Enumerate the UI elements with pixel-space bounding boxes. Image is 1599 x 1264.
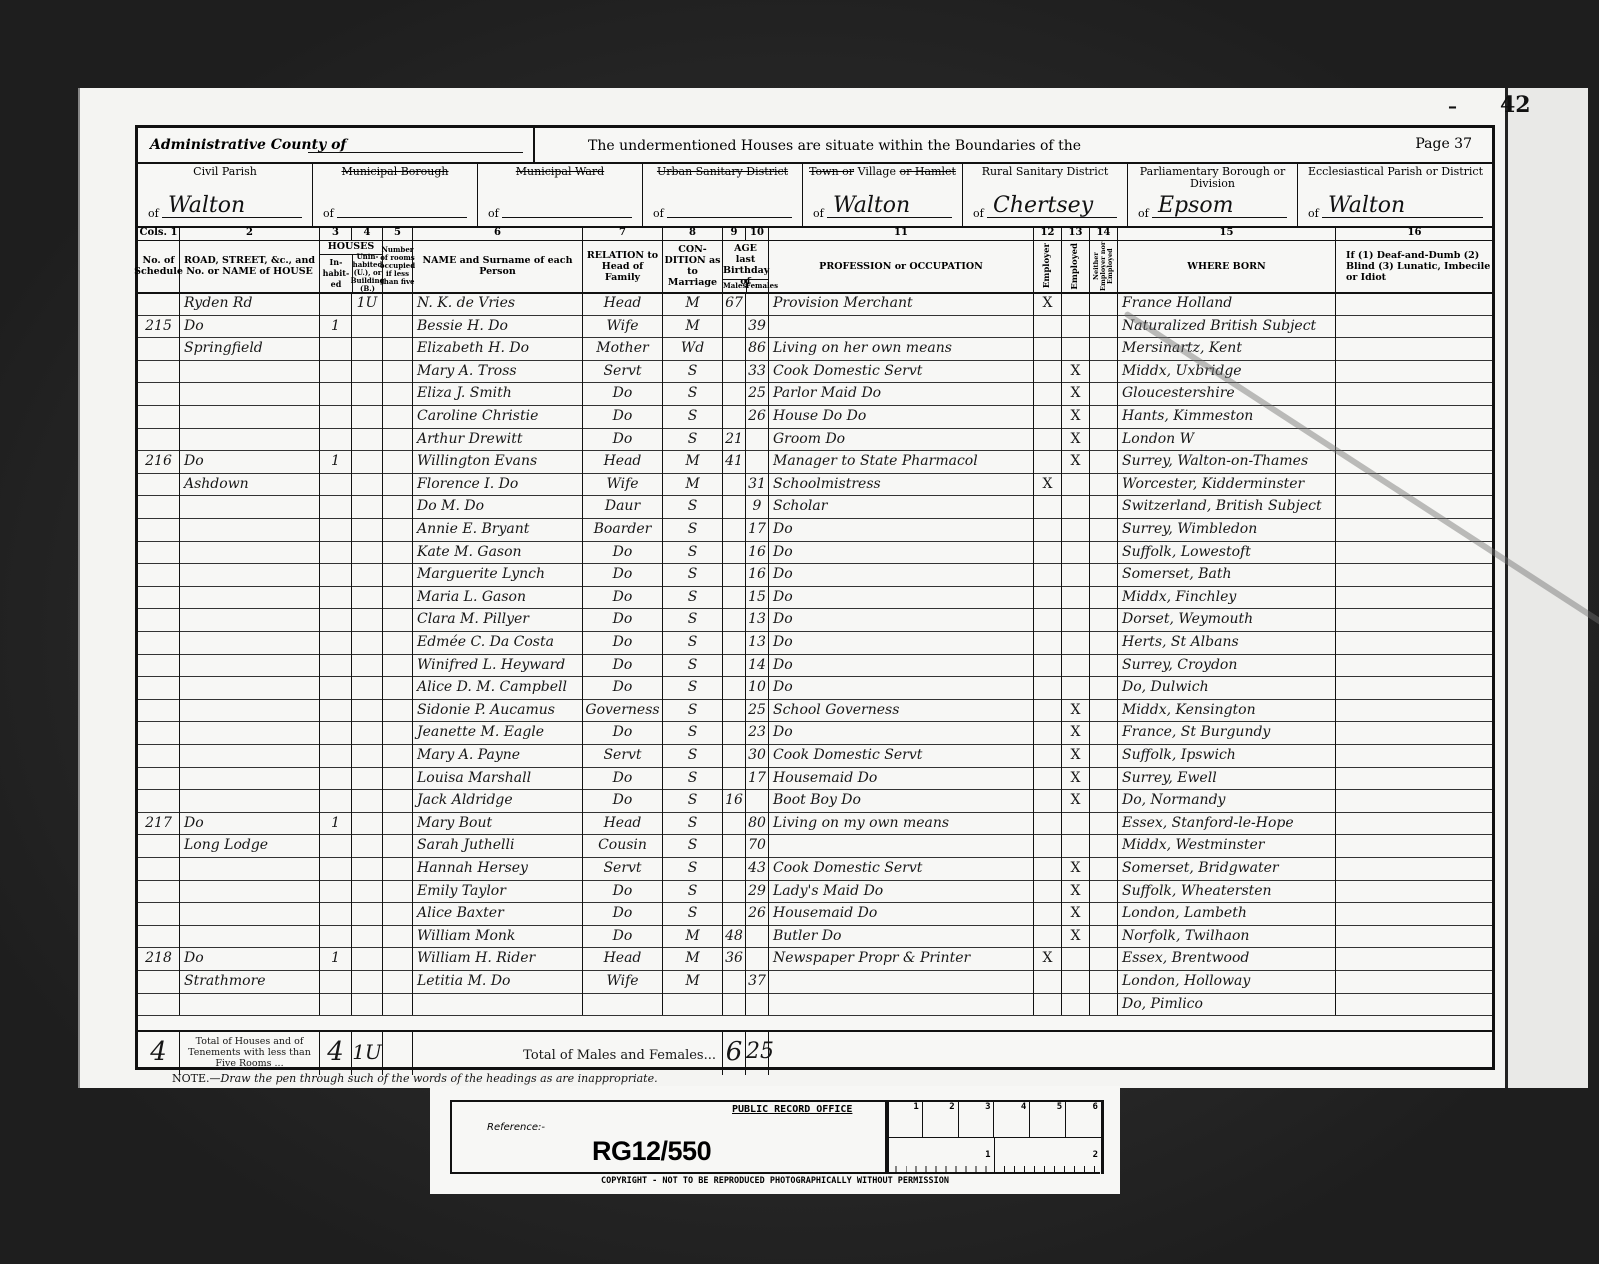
- cell-employed: [1062, 608, 1090, 631]
- cell-neither: [1090, 993, 1118, 1016]
- cell-infirmity: [1336, 382, 1493, 405]
- cell-road: [180, 428, 320, 451]
- cell-name: Bessie H. Do: [413, 315, 583, 338]
- total-males-females-label: Total of Males and Females...: [523, 1044, 716, 1068]
- cell-infirmity: [1336, 631, 1493, 654]
- cell-uninhabited: [352, 789, 383, 812]
- table-row: 218Do1William H. RiderHeadM36Newspaper P…: [138, 947, 1492, 971]
- cell-name: Willington Evans: [413, 450, 583, 473]
- cell-occupation: Living on her own means: [769, 337, 1034, 360]
- cell-name: Kate M. Gason: [413, 541, 583, 564]
- cell-born: Surrey, Croydon: [1118, 654, 1336, 677]
- table-row: Annie E. BryantBoarderS17DoSurrey, Wimbl…: [138, 518, 1492, 542]
- cell-employed: [1062, 518, 1090, 541]
- rural-sanitary-value: Chertsey: [993, 193, 1093, 218]
- cell-employer: [1034, 608, 1062, 631]
- cell-employer: X: [1034, 292, 1062, 315]
- cell-rooms: [383, 902, 413, 925]
- cell-occupation: [769, 834, 1034, 857]
- cell-rooms: [383, 518, 413, 541]
- cell-schedule: [138, 676, 180, 699]
- cell-rooms: [383, 563, 413, 586]
- admin-county-box: Administrative County of: [138, 128, 535, 162]
- cell-road: [180, 902, 320, 925]
- cell-condition: S: [663, 789, 723, 812]
- cell-condition: S: [663, 857, 723, 880]
- cell-occupation: Cook Domestic Servt: [769, 360, 1034, 383]
- cell-schedule: [138, 541, 180, 564]
- cell-infirmity: [1336, 428, 1493, 451]
- cell-neither: [1090, 902, 1118, 925]
- cell-uninhabited: [352, 880, 383, 903]
- cell-employed: X: [1062, 405, 1090, 428]
- cell-uninhabited: [352, 405, 383, 428]
- header-age: AGE last Birthday of Males Females: [723, 240, 769, 292]
- cell-relation: Cousin: [583, 834, 663, 857]
- cell-uninhabited: [352, 721, 383, 744]
- cell-females: 23: [746, 721, 769, 744]
- cell-inhabited: [320, 541, 352, 564]
- cell-relation: Head: [583, 450, 663, 473]
- header-schedule: No. of Schedule: [138, 240, 180, 292]
- cell-males: [723, 880, 746, 903]
- cell-born: Suffolk, Lowestoft: [1118, 541, 1336, 564]
- cell-employer: [1034, 631, 1062, 654]
- scale-inch: 1 2: [887, 1138, 1102, 1174]
- header-employer: Employer: [1034, 240, 1062, 292]
- header-road: ROAD, STREET, &c., and No. or NAME of HO…: [180, 240, 320, 292]
- page-label: Page 37: [1415, 136, 1472, 152]
- cell-inhabited: [320, 721, 352, 744]
- cell-relation: Wife: [583, 970, 663, 993]
- cell-born: Surrey, Walton-on-Thames: [1118, 450, 1336, 473]
- cell-inhabited: [320, 902, 352, 925]
- cell-females: 25: [746, 382, 769, 405]
- cell-name: [413, 993, 583, 1016]
- cell-road: [180, 925, 320, 948]
- cell-relation: Do: [583, 382, 663, 405]
- cell-relation: Do: [583, 925, 663, 948]
- header-occupation: PROFESSION or OCCUPATION: [769, 240, 1034, 292]
- cell-occupation: Manager to State Pharmacol: [769, 450, 1034, 473]
- cell-road: Long Lodge: [180, 834, 320, 857]
- cell-inhabited: [320, 518, 352, 541]
- cell-rooms: [383, 654, 413, 677]
- cell-uninhabited: [352, 812, 383, 835]
- cell-born: France Holland: [1118, 292, 1336, 315]
- cell-born: Essex, Brentwood: [1118, 947, 1336, 970]
- cell-condition: M: [663, 315, 723, 338]
- cell-rooms: [383, 834, 413, 857]
- cell-employer: [1034, 880, 1062, 903]
- cell-infirmity: [1336, 993, 1493, 1016]
- total-houses-label: Total of Houses and of Tenements with le…: [180, 1032, 320, 1075]
- cell-inhabited: 1: [320, 947, 352, 970]
- cell-employed: [1062, 947, 1090, 970]
- cell-name: William Monk: [413, 925, 583, 948]
- cell-infirmity: [1336, 789, 1493, 812]
- cell-males: 16: [723, 789, 746, 812]
- cell-occupation: Do: [769, 518, 1034, 541]
- cell-road: Springfield: [180, 337, 320, 360]
- table-row: Do, Pimlico: [138, 993, 1492, 1017]
- cell-rooms: [383, 721, 413, 744]
- cell-rooms: [383, 495, 413, 518]
- scale-cm: 1 2 3 4 5 6: [887, 1102, 1102, 1138]
- cell-inhabited: [320, 360, 352, 383]
- cell-employed: X: [1062, 789, 1090, 812]
- cell-relation: Head: [583, 812, 663, 835]
- table-row: StrathmoreLetitia M. DoWifeM37London, Ho…: [138, 970, 1492, 994]
- cell-rooms: [383, 925, 413, 948]
- cell-name: Hannah Hersey: [413, 857, 583, 880]
- cell-uninhabited: [352, 631, 383, 654]
- cell-males: 41: [723, 450, 746, 473]
- cell-males: [723, 315, 746, 338]
- table-row: Long LodgeSarah JuthelliCousinS70Middx, …: [138, 834, 1492, 858]
- cell-inhabited: [320, 993, 352, 1016]
- district-village: Town or Village or Hamlet of Walton: [803, 162, 963, 226]
- cell-rooms: [383, 315, 413, 338]
- cell-occupation: Cook Domestic Servt: [769, 857, 1034, 880]
- cell-neither: [1090, 495, 1118, 518]
- cell-schedule: [138, 360, 180, 383]
- cell-born: Hants, Kimmeston: [1118, 405, 1336, 428]
- cell-schedule: [138, 767, 180, 790]
- cell-condition: S: [663, 495, 723, 518]
- cell-inhabited: [320, 676, 352, 699]
- cell-road: Do: [180, 947, 320, 970]
- cell-infirmity: [1336, 767, 1493, 790]
- cell-road: Ryden Rd: [180, 292, 320, 315]
- cell-rooms: [383, 608, 413, 631]
- cell-relation: Governess: [583, 699, 663, 722]
- cell-neither: [1090, 857, 1118, 880]
- cell-neither: [1090, 654, 1118, 677]
- cell-rooms: [383, 812, 413, 835]
- table-row: Maria L. GasonDoS15DoMiddx, Finchley: [138, 586, 1492, 610]
- cell-inhabited: [320, 473, 352, 496]
- cell-schedule: [138, 970, 180, 993]
- cell-uninhabited: [352, 744, 383, 767]
- cell-road: [180, 541, 320, 564]
- cell-rooms: [383, 631, 413, 654]
- district-urban-sanitary: Urban Sanitary District of: [643, 162, 803, 226]
- admin-county-label: Administrative County of: [150, 137, 346, 153]
- cell-employer: X: [1034, 947, 1062, 970]
- table-row: Mary A. TrossServtS33Cook Domestic Servt…: [138, 360, 1492, 384]
- cell-females: 26: [746, 405, 769, 428]
- cell-schedule: [138, 495, 180, 518]
- cell-uninhabited: [352, 925, 383, 948]
- cell-males: [723, 993, 746, 1016]
- cell-occupation: School Governess: [769, 699, 1034, 722]
- reference-label: Reference:-: [487, 1122, 545, 1133]
- cell-name: Louisa Marshall: [413, 767, 583, 790]
- cell-employer: [1034, 450, 1062, 473]
- cell-employer: [1034, 563, 1062, 586]
- cell-relation: Mother: [583, 337, 663, 360]
- cell-females: 9: [746, 495, 769, 518]
- cell-occupation: Housemaid Do: [769, 902, 1034, 925]
- note-text: NOTE.—Draw the pen through such of the w…: [172, 1072, 658, 1085]
- table-row: Eliza J. SmithDoS25Parlor Maid DoXGlouce…: [138, 382, 1492, 406]
- total-uninhabited: 1U: [352, 1032, 383, 1075]
- cell-females: 16: [746, 563, 769, 586]
- cell-infirmity: [1336, 292, 1493, 315]
- cell-relation: Do: [583, 654, 663, 677]
- copyright-notice: COPYRIGHT - NOT TO BE REPRODUCED PHOTOGR…: [450, 1172, 1100, 1186]
- cell-employer: [1034, 902, 1062, 925]
- cell-schedule: [138, 608, 180, 631]
- cell-employed: [1062, 473, 1090, 496]
- cell-schedule: 218: [138, 947, 180, 970]
- cell-rooms: [383, 337, 413, 360]
- cell-name: Winifred L. Heyward: [413, 654, 583, 677]
- cell-name: Alice Baxter: [413, 902, 583, 925]
- cell-rooms: [383, 586, 413, 609]
- cell-inhabited: [320, 631, 352, 654]
- cell-employed: [1062, 315, 1090, 338]
- cell-infirmity: [1336, 947, 1493, 970]
- cell-uninhabited: [352, 654, 383, 677]
- cell-infirmity: [1336, 541, 1493, 564]
- cell-inhabited: [320, 405, 352, 428]
- cell-employed: [1062, 541, 1090, 564]
- cell-uninhabited: [352, 563, 383, 586]
- cell-name: Maria L. Gason: [413, 586, 583, 609]
- cell-employer: [1034, 834, 1062, 857]
- cell-inhabited: 1: [320, 812, 352, 835]
- district-civil-parish: Civil Parish of Walton: [138, 162, 313, 226]
- cell-name: Edmée C. Da Costa: [413, 631, 583, 654]
- cell-relation: Do: [583, 767, 663, 790]
- cell-females: [746, 428, 769, 451]
- cell-employed: [1062, 834, 1090, 857]
- cell-relation: Wife: [583, 315, 663, 338]
- cell-employed: X: [1062, 450, 1090, 473]
- cell-rooms: [383, 970, 413, 993]
- cell-road: [180, 608, 320, 631]
- cell-schedule: [138, 518, 180, 541]
- cell-neither: [1090, 789, 1118, 812]
- reference-number: RG12/550: [592, 1136, 711, 1167]
- cell-rooms: [383, 450, 413, 473]
- cell-road: [180, 767, 320, 790]
- cell-females: [746, 925, 769, 948]
- cell-schedule: [138, 382, 180, 405]
- cell-name: Florence I. Do: [413, 473, 583, 496]
- cell-born: Middx, Kensington: [1118, 699, 1336, 722]
- cell-rooms: [383, 880, 413, 903]
- cell-schedule: [138, 337, 180, 360]
- cell-relation: Do: [583, 586, 663, 609]
- cell-infirmity: [1336, 812, 1493, 835]
- district-ecclesiastical: Ecclesiastical Parish or District of Wal…: [1298, 162, 1493, 226]
- cell-females: 13: [746, 608, 769, 631]
- district-row: Civil Parish of Walton Municipal Borough…: [138, 162, 1492, 228]
- cell-females: 16: [746, 541, 769, 564]
- cell-road: Do: [180, 315, 320, 338]
- cell-rooms: [383, 744, 413, 767]
- cell-occupation: Do: [769, 586, 1034, 609]
- cell-females: 37: [746, 970, 769, 993]
- cell-rooms: [383, 947, 413, 970]
- cell-inhabited: [320, 382, 352, 405]
- cell-males: [723, 360, 746, 383]
- table-row: 215Do1Bessie H. DoWifeM39Naturalized Bri…: [138, 315, 1492, 339]
- cell-employed: [1062, 993, 1090, 1016]
- cell-employed: X: [1062, 382, 1090, 405]
- cell-neither: [1090, 834, 1118, 857]
- cell-females: 30: [746, 744, 769, 767]
- cell-neither: [1090, 699, 1118, 722]
- cell-condition: S: [663, 405, 723, 428]
- cell-females: 17: [746, 767, 769, 790]
- cell-employer: [1034, 699, 1062, 722]
- table-row: Alice BaxterDoS26Housemaid DoXLondon, La…: [138, 902, 1492, 926]
- cell-road: [180, 382, 320, 405]
- table-row: 216Do1Willington EvansHeadM41Manager to …: [138, 450, 1492, 474]
- cell-employer: [1034, 970, 1062, 993]
- cell-name: Jeanette M. Eagle: [413, 721, 583, 744]
- cell-rooms: [383, 541, 413, 564]
- cell-rooms: [383, 993, 413, 1016]
- cell-employer: [1034, 993, 1062, 1016]
- cell-occupation: Housemaid Do: [769, 767, 1034, 790]
- cell-employed: [1062, 337, 1090, 360]
- cell-condition: S: [663, 608, 723, 631]
- cell-born: France, St Burgundy: [1118, 721, 1336, 744]
- cell-employed: [1062, 495, 1090, 518]
- cell-females: 70: [746, 834, 769, 857]
- cell-road: [180, 654, 320, 677]
- cell-name: William H. Rider: [413, 947, 583, 970]
- cell-females: 14: [746, 654, 769, 677]
- cell-inhabited: [320, 699, 352, 722]
- cell-neither: [1090, 744, 1118, 767]
- cell-females: 17: [746, 518, 769, 541]
- cell-females: [746, 789, 769, 812]
- cell-occupation: House Do Do: [769, 405, 1034, 428]
- cell-males: [723, 382, 746, 405]
- cell-name: Mary A. Tross: [413, 360, 583, 383]
- cell-occupation: Do: [769, 563, 1034, 586]
- cell-condition: M: [663, 450, 723, 473]
- cell-schedule: [138, 699, 180, 722]
- cell-relation: Daur: [583, 495, 663, 518]
- cell-uninhabited: [352, 586, 383, 609]
- header-infirmity: If (1) Deaf-and-Dumb (2) Blind (3) Lunat…: [1336, 240, 1493, 292]
- cell-relation: Do: [583, 880, 663, 903]
- cell-name: Arthur Drewitt: [413, 428, 583, 451]
- cell-condition: S: [663, 541, 723, 564]
- cell-born: Suffolk, Ipswich: [1118, 744, 1336, 767]
- cell-road: [180, 676, 320, 699]
- cell-employed: X: [1062, 925, 1090, 948]
- cell-road: [180, 744, 320, 767]
- ecclesiastical-value: Walton: [1328, 193, 1405, 218]
- cell-born: Do, Normandy: [1118, 789, 1336, 812]
- cell-schedule: [138, 405, 180, 428]
- header-condition: CON-DITION as to Marriage: [663, 240, 723, 292]
- cell-infirmity: [1336, 857, 1493, 880]
- cell-born: Middx, Westminster: [1118, 834, 1336, 857]
- cell-rooms: [383, 676, 413, 699]
- cell-uninhabited: [352, 699, 383, 722]
- cell-neither: [1090, 382, 1118, 405]
- cell-inhabited: 1: [320, 450, 352, 473]
- cell-uninhabited: [352, 473, 383, 496]
- cell-males: 67: [723, 292, 746, 315]
- cell-infirmity: [1336, 699, 1493, 722]
- table-row: Edmée C. Da CostaDoS13DoHerts, St Albans: [138, 631, 1492, 655]
- folio-dash: –: [1448, 96, 1457, 117]
- cell-uninhabited: [352, 970, 383, 993]
- total-males-females-label-cell: Total of Males and Females...: [413, 1032, 723, 1075]
- cell-males: [723, 495, 746, 518]
- folio-number: 42: [1500, 92, 1531, 118]
- cell-employer: [1034, 654, 1062, 677]
- cell-employer: X: [1034, 473, 1062, 496]
- cell-infirmity: [1336, 925, 1493, 948]
- cell-employed: [1062, 970, 1090, 993]
- cell-relation: Do: [583, 631, 663, 654]
- cell-road: [180, 857, 320, 880]
- cell-employer: [1034, 721, 1062, 744]
- cell-employed: X: [1062, 744, 1090, 767]
- cell-born: Do, Pimlico: [1118, 993, 1336, 1016]
- cell-schedule: 216: [138, 450, 180, 473]
- cell-relation: Do: [583, 902, 663, 925]
- cell-schedule: [138, 721, 180, 744]
- cell-uninhabited: [352, 608, 383, 631]
- cell-condition: S: [663, 586, 723, 609]
- cell-condition: S: [663, 812, 723, 835]
- cell-inhabited: [320, 744, 352, 767]
- cell-born: Worcester, Kidderminster: [1118, 473, 1336, 496]
- table-row: Jeanette M. EagleDoS23DoXFrance, St Burg…: [138, 721, 1492, 745]
- cell-males: [723, 676, 746, 699]
- cell-infirmity: [1336, 902, 1493, 925]
- cell-relation: Do: [583, 608, 663, 631]
- cell-name: Alice D. M. Campbell: [413, 676, 583, 699]
- cell-uninhabited: [352, 767, 383, 790]
- cell-males: [723, 405, 746, 428]
- cell-born: Essex, Stanford-le-Hope: [1118, 812, 1336, 835]
- cell-uninhabited: [352, 857, 383, 880]
- cell-males: [723, 744, 746, 767]
- cell-rooms: [383, 767, 413, 790]
- table-row: Do M. DoDaurS9ScholarSwitzerland, Britis…: [138, 495, 1492, 519]
- cell-condition: S: [663, 518, 723, 541]
- cell-neither: [1090, 541, 1118, 564]
- cell-infirmity: [1336, 337, 1493, 360]
- cell-relation: Head: [583, 947, 663, 970]
- cell-name: Eliza J. Smith: [413, 382, 583, 405]
- cell-neither: [1090, 767, 1118, 790]
- cell-condition: S: [663, 654, 723, 677]
- cell-name: Clara M. Pillyer: [413, 608, 583, 631]
- header-houses: HOUSES In-habit-ed Unin-habited (U.), or…: [320, 240, 383, 292]
- cell-employer: [1034, 789, 1062, 812]
- cell-schedule: [138, 857, 180, 880]
- cell-neither: [1090, 315, 1118, 338]
- cell-rooms: [383, 382, 413, 405]
- cell-road: [180, 495, 320, 518]
- total-schedules: 4: [138, 1032, 180, 1075]
- cell-occupation: Do: [769, 631, 1034, 654]
